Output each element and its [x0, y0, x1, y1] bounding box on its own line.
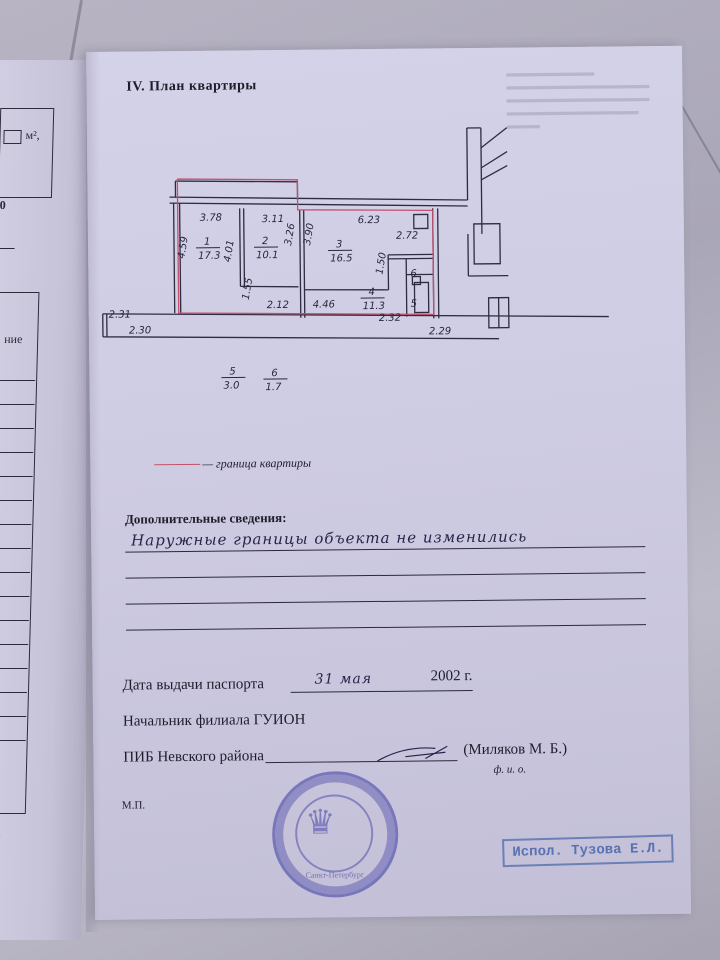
left-table	[0, 292, 39, 814]
plan-label: 6.23	[358, 215, 380, 226]
official-seal: ♛ Санкт-Петербург	[272, 771, 399, 898]
plan-label: 1	[204, 237, 210, 248]
left-table-row-line	[0, 692, 27, 693]
plan-label: 3.78	[200, 213, 222, 224]
main-page: IV. План квартиры ▬▬▬▬▬▬▬▬▬▬▬▬▬▬▬▬▬▬▬▬▬▬…	[86, 46, 691, 920]
chief-name: (Миляков М. Б.)	[463, 741, 567, 759]
plan-label: 3.0	[223, 380, 239, 391]
left-rule	[0, 248, 15, 249]
left-area-box	[0, 108, 54, 198]
plan-label: 2.31	[109, 310, 131, 321]
plan-label: 5	[411, 299, 417, 310]
additional-info-line-3	[126, 598, 646, 604]
plan-label: 2.29	[429, 326, 451, 337]
plan-label: 10.1	[256, 250, 278, 261]
plan-label: 6	[410, 269, 416, 280]
plan-label: 3.26	[283, 223, 297, 247]
page-fold-shadow	[86, 52, 100, 932]
plan-label: 16.5	[330, 253, 352, 264]
plan-label: 4.01	[222, 239, 236, 263]
boundary-line-sample	[154, 464, 200, 466]
floor-plan: 117.3210.1316.5411.353.061.73.783.116.23…	[86, 46, 686, 452]
left-table-row-line	[0, 500, 32, 501]
plan-label: 5	[229, 366, 235, 377]
left-table-row-line	[0, 668, 28, 669]
plan-label: 4.46	[313, 299, 335, 310]
signature	[375, 744, 455, 765]
plan-label: 4.59	[176, 236, 190, 260]
plan-label: 3.90	[302, 222, 316, 246]
plan-label: 2.30	[129, 325, 151, 336]
left-table-row-line	[0, 716, 26, 717]
left-table-row-line	[0, 404, 35, 405]
issue-year: 2002 г.	[430, 668, 472, 685]
left-table-row-line	[0, 548, 31, 549]
plan-label: 1.50	[374, 252, 388, 276]
plan-label: 2.12	[267, 300, 289, 311]
seal-city-text: Санкт-Петербург	[306, 870, 365, 880]
left-fragment-2: и).	[0, 828, 1, 840]
additional-info-line-4	[126, 624, 646, 630]
left-table-row-line	[0, 476, 33, 477]
left-table-row-line	[0, 380, 35, 381]
executor-stamp: Испол. Тузова Е.Л.	[502, 834, 674, 867]
left-unit-label: м²,	[25, 128, 40, 143]
plan-label: 1.7	[265, 382, 282, 393]
plan-label: 3	[336, 239, 342, 250]
plan-label: 2.32	[379, 313, 401, 324]
legend-label: — граница квартиры	[202, 456, 311, 472]
additional-info-handwritten: Наружные границы объекта не изменились	[131, 527, 527, 549]
left-table-row-line	[0, 452, 33, 453]
additional-info-line-2	[126, 572, 646, 578]
plan-label: 6	[271, 368, 277, 379]
left-area-input	[3, 130, 21, 144]
left-fragment-1: ние	[4, 332, 23, 347]
plan-label: 2	[262, 236, 268, 247]
plan-label: 17.3	[198, 251, 220, 262]
left-table-row-line	[0, 740, 26, 741]
left-table-row-line	[0, 596, 29, 597]
issue-date-handwritten: 31 мая	[315, 671, 373, 688]
issue-date-line	[291, 690, 473, 693]
plan-label: 3.11	[262, 214, 284, 225]
left-table-row-line	[0, 572, 30, 573]
left-table-row-line	[0, 644, 28, 645]
issue-date-label: Дата выдачи паспорта	[123, 676, 265, 694]
left-fragment-zero: 0	[0, 198, 6, 213]
coat-of-arms-icon: ♛	[305, 802, 336, 842]
chief-label: Начальник филиала ГУИОН	[123, 712, 306, 731]
left-table-row-line	[0, 620, 29, 621]
seal-place-label: М.П.	[122, 799, 145, 811]
plan-label: 4	[368, 287, 374, 298]
plan-label: 2.72	[396, 231, 418, 242]
name-caption: ф. и. о.	[493, 763, 526, 775]
plan-label: 11.3	[363, 301, 385, 312]
legend: — граница квартиры	[154, 456, 311, 473]
left-table-row-line	[0, 428, 34, 429]
plan-label: 1.55	[241, 277, 255, 301]
left-table-row-line	[0, 524, 31, 525]
district-label: ПИБ Невского района	[123, 748, 264, 766]
additional-info-title: Дополнительные сведения:	[125, 510, 287, 528]
